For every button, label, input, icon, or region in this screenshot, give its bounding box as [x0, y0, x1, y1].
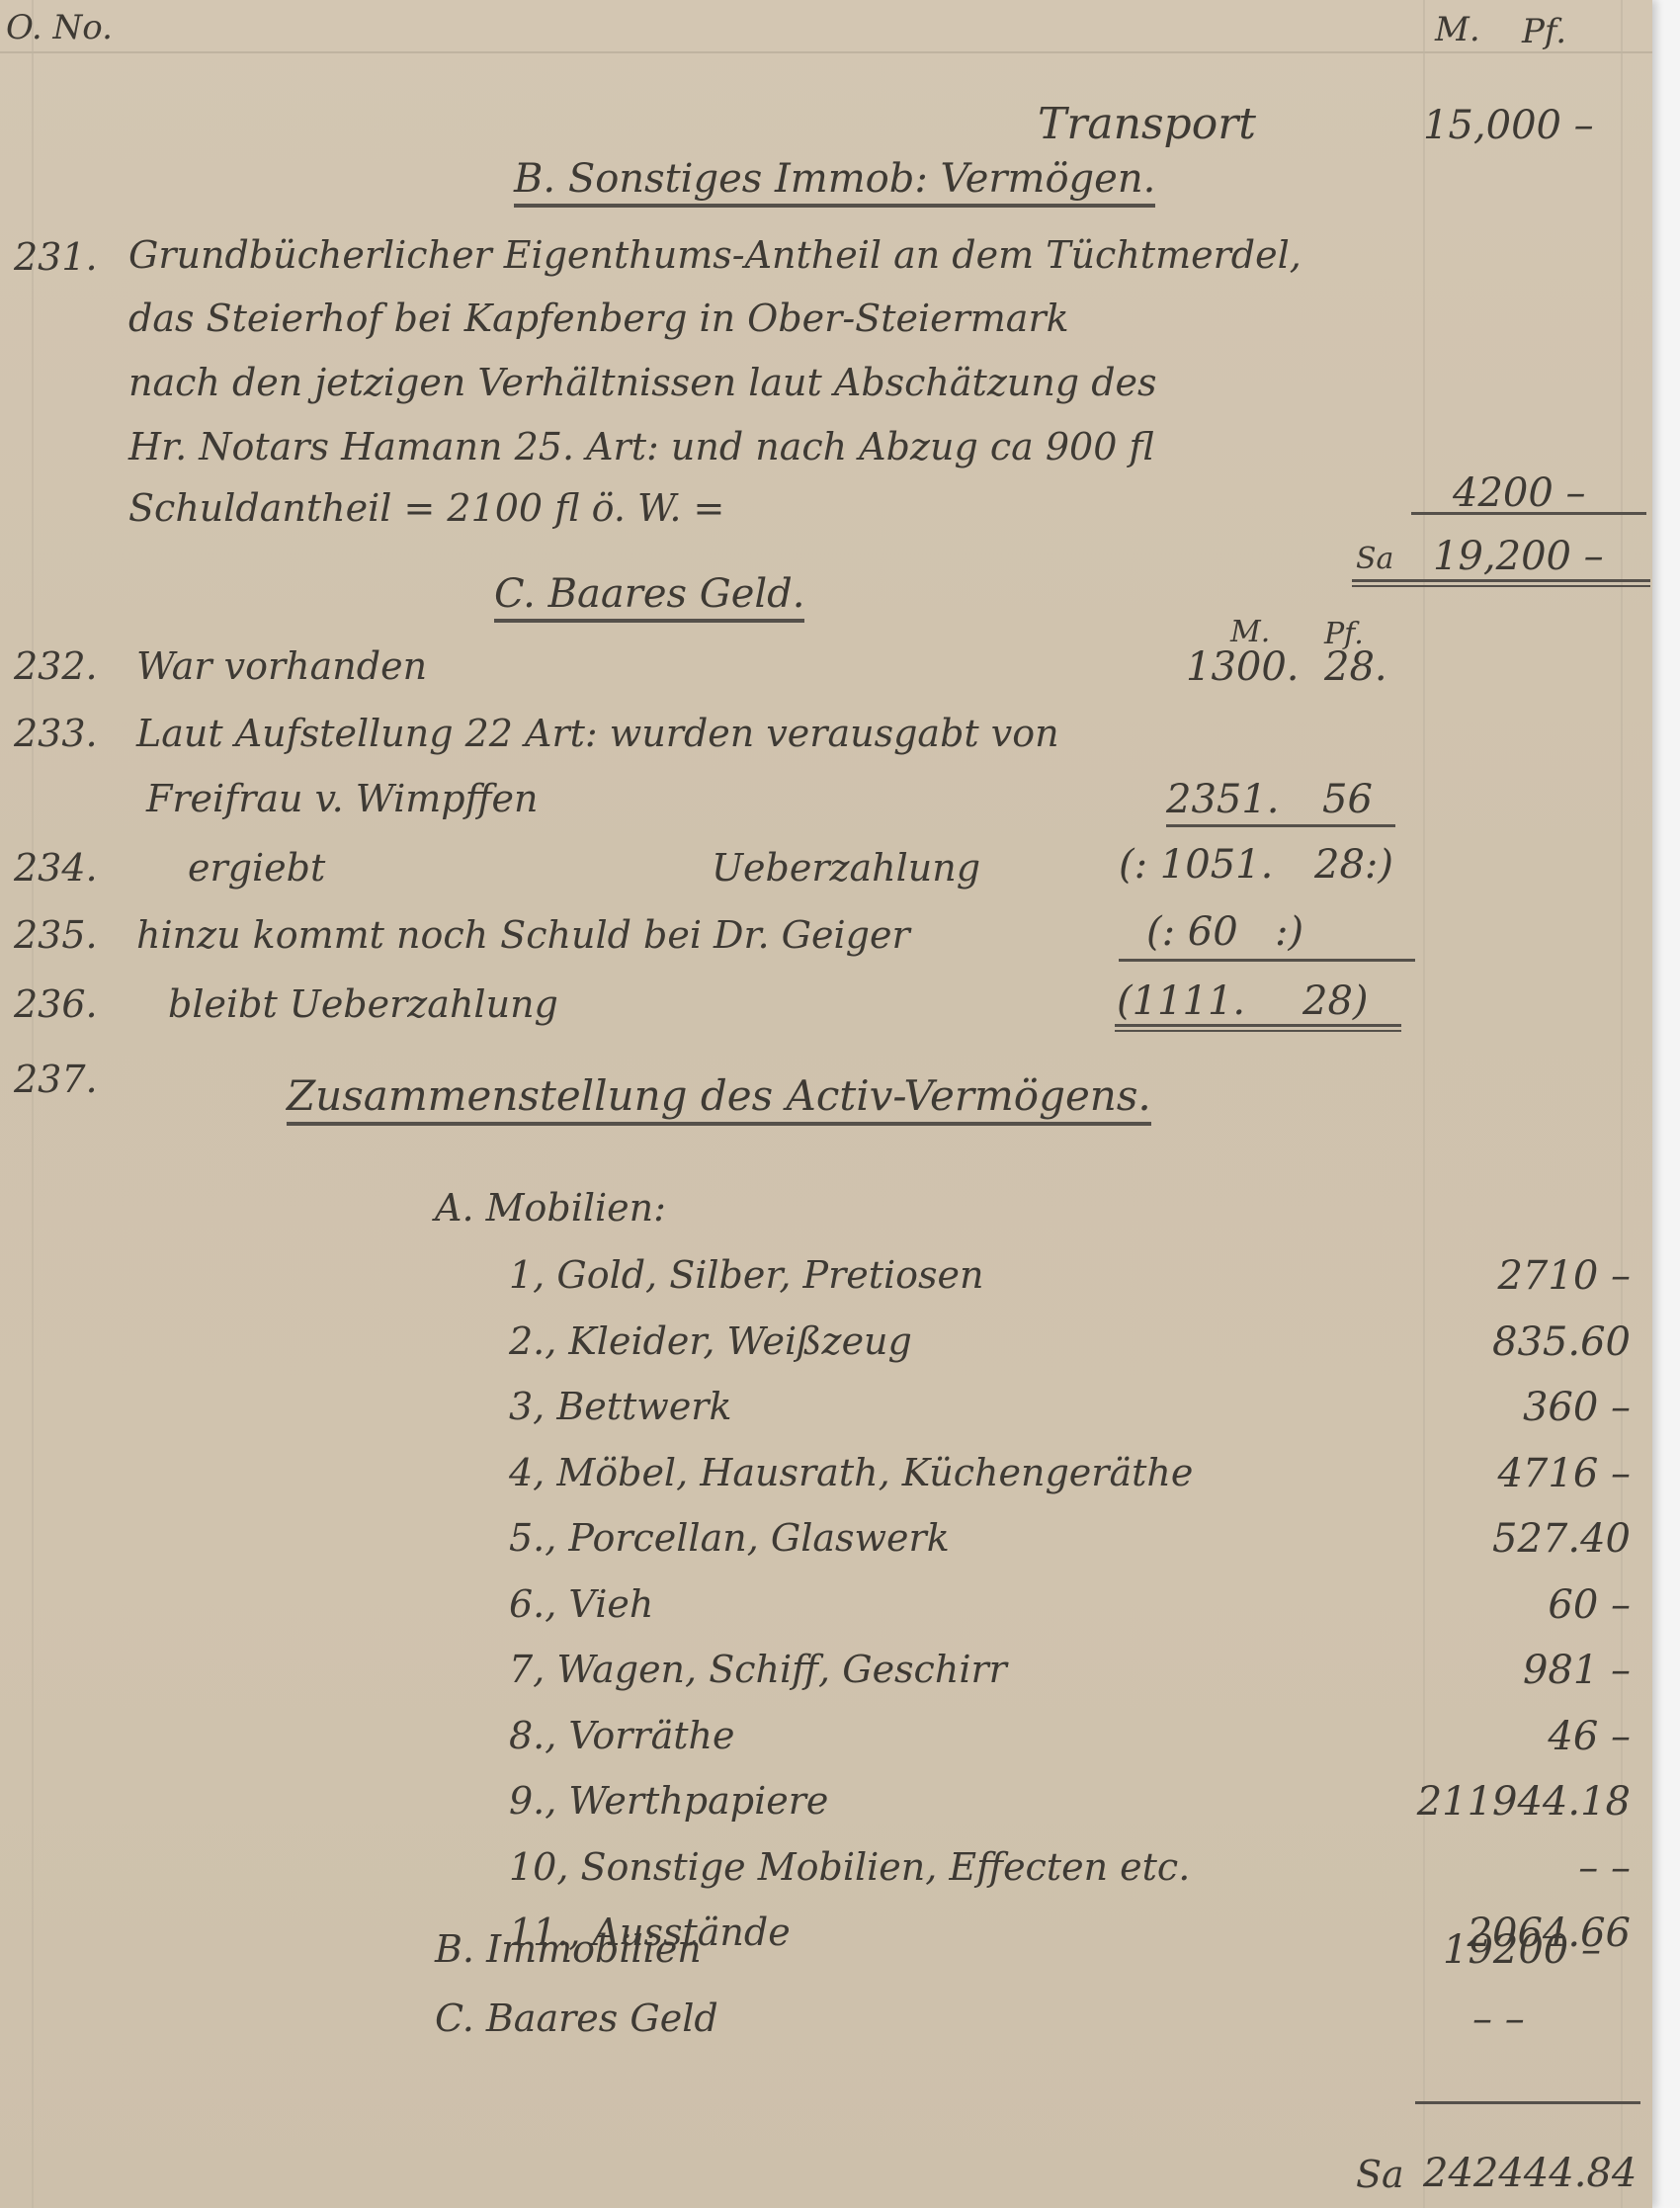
entry-mark: (: 1051.: [1119, 842, 1273, 888]
summary-item-amount: 981 –: [1413, 1648, 1631, 1693]
entry-text: War vorhanden: [136, 644, 427, 688]
summary-item-label: 10, Sonstige Mobilien, Effecten etc.: [509, 1845, 1190, 1889]
entry-text-line: Grundbücherlicher Eigenthums-Antheil an …: [128, 233, 1302, 277]
ledger-page: O. No. M. Pf. Transport 15,000 – B. Sons…: [0, 0, 1652, 2208]
entry-text-right: Ueberzahlung: [712, 846, 980, 890]
entry-text: ergiebt: [188, 846, 325, 890]
entry-mark: 1300.: [1186, 644, 1300, 690]
group-c-amount: – –: [1472, 1996, 1631, 2042]
summary-item-label: 6., Vieh: [509, 1582, 653, 1626]
total-double-rule: [1115, 1024, 1401, 1027]
entry-mark: (1111.: [1117, 978, 1245, 1024]
pfennig-header: Pf.: [1522, 12, 1566, 51]
summary-item-label: 5., Porcellan, Glaswerk: [509, 1516, 950, 1560]
entry-pfennig: :): [1275, 909, 1303, 955]
subtotal-rule: [1166, 824, 1395, 827]
transport-amount: 15,000 –: [1423, 103, 1611, 148]
summary-item-label: 3, Bettwerk: [509, 1385, 732, 1428]
entry-text: hinzu kommt noch Schuld bei Dr. Geiger: [136, 913, 910, 957]
group-b-amount: 19200 –: [1443, 1927, 1631, 1973]
entry-number: 237.: [14, 1058, 98, 1101]
subtotal-rule: [1119, 959, 1415, 962]
entry-pfennig: 28.: [1324, 644, 1387, 690]
summary-item-amount: 46 –: [1413, 1714, 1631, 1759]
header-rule: [0, 51, 1652, 53]
summary-title: Zusammenstellung des Activ-Vermögens.: [287, 1071, 1151, 1126]
entry-pfennig: 56: [1322, 777, 1373, 822]
entry-pfennig: 28:): [1314, 842, 1393, 888]
summary-item-amount: 2710 –: [1413, 1253, 1631, 1299]
entry-text: bleibt Ueberzahlung: [168, 982, 558, 1026]
grand-total-rule: [1415, 2101, 1640, 2104]
total-double-rule: [1115, 1030, 1401, 1032]
entry-number: 231.: [14, 235, 98, 279]
summary-item-label: 7, Wagen, Schiff, Geschirr: [509, 1648, 1007, 1691]
entry-text-line: Schuldantheil = 2100 fl ö. W. =: [128, 486, 724, 530]
summary-item-label: 4, Möbel, Hausrath, Küchengeräthe: [509, 1451, 1193, 1494]
summary-item-amount: 211944.18: [1413, 1779, 1631, 1825]
summary-item-amount: 835.60: [1413, 1319, 1631, 1365]
transport-label: Transport: [1038, 99, 1256, 149]
summary-item-amount: 527.40: [1413, 1516, 1631, 1562]
section-c-title: C. Baares Geld.: [494, 571, 804, 623]
group-c-label: C. Baares Geld: [435, 1996, 718, 2040]
grand-total-label: Sa: [1356, 2153, 1404, 2196]
sum-amount: 19,200 –: [1433, 534, 1631, 579]
sum-double-rule: [1352, 585, 1650, 587]
mark-header: M.: [1435, 10, 1480, 49]
entry-text: Freifrau v. Wimpffen: [146, 777, 539, 820]
summary-item-amount: – –: [1413, 1845, 1631, 1891]
entry-text: Laut Aufstellung 22 Art: wurden verausga…: [136, 712, 1059, 755]
summary-item-label: 1, Gold, Silber, Pretiosen: [509, 1253, 984, 1297]
entry-text-line: nach den jetzigen Verhältnissen laut Abs…: [128, 361, 1157, 404]
entry-pfennig: 28): [1302, 978, 1369, 1024]
summary-item-label: 9., Werthpapiere: [509, 1779, 828, 1823]
group-b-label: B. Immobilien: [435, 1927, 702, 1971]
sum-double-rule: [1352, 579, 1650, 582]
entry-text-line: das Steierhof bei Kapfenberg in Ober-Ste…: [128, 297, 1069, 340]
order-number-header: O. No.: [6, 8, 113, 47]
entry-mark: 2351.: [1166, 777, 1280, 822]
summary-item-label: 8., Vorräthe: [509, 1714, 734, 1757]
sum-label: Sa: [1356, 542, 1393, 576]
summary-item-amount: 360 –: [1413, 1385, 1631, 1430]
summary-item-amount: 60 –: [1413, 1582, 1631, 1628]
entry-amount: 4200 –: [1453, 470, 1631, 516]
grand-total-amount: 242444.84: [1423, 2151, 1660, 2196]
entry-text-line: Hr. Notars Hamann 25. Art: und nach Abzu…: [128, 425, 1154, 468]
summary-item-amount: 4716 –: [1413, 1451, 1631, 1496]
left-margin-rule: [32, 0, 34, 2208]
entry-number: 235.: [14, 913, 98, 957]
entry-number: 234.: [14, 846, 98, 890]
entry-number: 236.: [14, 982, 98, 1026]
entry-number: 233.: [14, 712, 98, 755]
section-b-title: B. Sonstiges Immob: Vermögen.: [514, 156, 1155, 208]
summary-item-label: 2., Kleider, Weißzeug: [509, 1319, 912, 1363]
sum-rule: [1411, 512, 1646, 515]
entry-number: 232.: [14, 644, 98, 688]
group-a-label: A. Mobilien:: [435, 1186, 666, 1230]
entry-mark: (: 60: [1146, 909, 1238, 955]
